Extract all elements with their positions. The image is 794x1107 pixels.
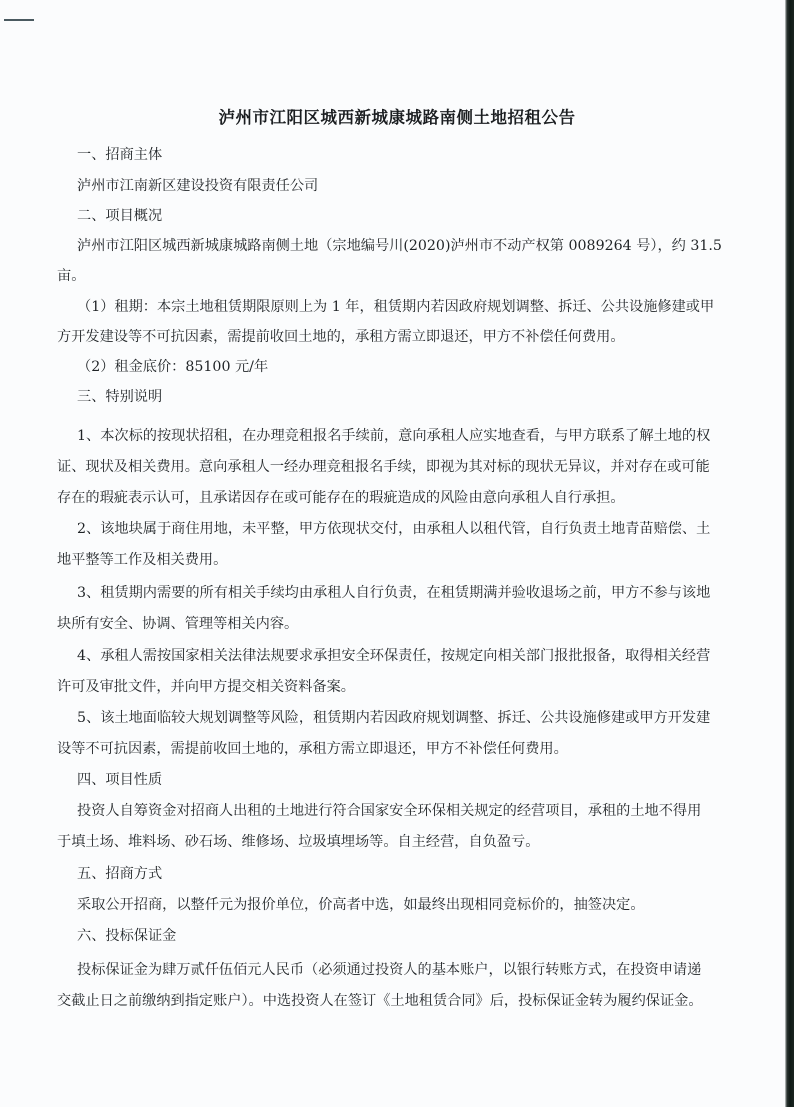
text-line: 5、该土地面临较大规划调整等风险，租赁期内若因政府规划调整、拆迁、公共设施修建或… <box>77 708 710 728</box>
text-line: 亩。 <box>57 266 85 286</box>
text-line: 投标保证金为肆万贰仟伍佰元人民币（必须通过投资人的基本账户，以银行转账方式，在投… <box>77 960 701 980</box>
text-line: 三、特别说明 <box>77 387 162 407</box>
text-line: 投资人自筹资金对招商人出租的土地进行符合国家安全环保相关规定的经营项目，承租的土… <box>77 801 701 821</box>
text-line: 证、现状及相关费用。意向承租人一经办理竞租报名手续，即视为其对标的现状无异议，并… <box>57 457 710 477</box>
text-line: 地平整等工作及相关费用。 <box>57 550 227 570</box>
text-line: 二、项目概况 <box>77 206 162 226</box>
text-line: 1、本次标的按现状招租，在办理竞租报名手续前，意向承租人应实地查看，与甲方联系了… <box>77 426 710 446</box>
page-title: 泸州市江阳区城西新城康城路南侧土地招租公告 <box>0 104 794 128</box>
text-line: （1）租期：本宗土地租赁期限原则上为 1 年，租赁期内若因政府规划调整、拆迁、公… <box>77 297 714 317</box>
text-line: 六、投标保证金 <box>77 926 176 946</box>
text-line: 交截止日之前缴纳到指定账户）。中选投资人在签订《土地租赁合同》后，投标保证金转为… <box>57 991 703 1011</box>
text-line: 块所有安全、协调、管理等相关内容。 <box>57 614 298 634</box>
text-line: 采取公开招商，以整仟元为报价单位，价高者中选，如最终出现相同竞标价的，抽签决定。 <box>77 895 645 915</box>
text-line: 许可及审批文件，并向甲方提交相关资料备案。 <box>57 677 355 697</box>
document-page: 泸州市江阳区城西新城康城路南侧土地招租公告 一、招商主体泸州市江南新区建设投资有… <box>0 0 785 1107</box>
text-line: 设等不可抗因素，需提前收回土地的，承租方需立即退还，甲方不补偿任何费用。 <box>57 739 568 759</box>
text-line: 2、该地块属于商住用地，未平整，甲方依现状交付，由承租人以租代管，自行负责土地青… <box>77 519 710 539</box>
text-line: 方开发建设等不可抗因素，需提前收回土地的，承租方需立即退还，甲方不补偿任何费用。 <box>57 327 625 347</box>
text-line: 于填土场、堆料场、砂石场、维修场、垃圾填埋场等。自主经营，自负盈亏。 <box>57 832 539 852</box>
text-line: 存在的瑕疵表示认可，且承诺因存在或可能存在的瑕疵造成的风险由意向承租人自行承担。 <box>57 488 625 508</box>
text-line: 一、招商主体 <box>77 145 162 165</box>
text-line: 4、承租人需按国家相关法律法规要求承担安全环保责任，按规定向相关部门报批报备，取… <box>77 646 710 666</box>
text-line: （2）租金底价：85100 元/年 <box>77 357 268 377</box>
text-line: 五、招商方式 <box>77 864 162 884</box>
scan-edge-shadow <box>785 0 794 1107</box>
text-line: 四、项目性质 <box>77 770 162 790</box>
text-line: 泸州市江阳区城西新城康城路南侧土地（宗地编号川(2020)泸州市不动产权第 00… <box>77 236 722 256</box>
text-line: 3、租赁期内需要的所有相关手续均由承租人自行负责，在租赁期满并验收退场之前，甲方… <box>77 583 710 603</box>
text-line: 泸州市江南新区建设投资有限责任公司 <box>77 176 318 196</box>
